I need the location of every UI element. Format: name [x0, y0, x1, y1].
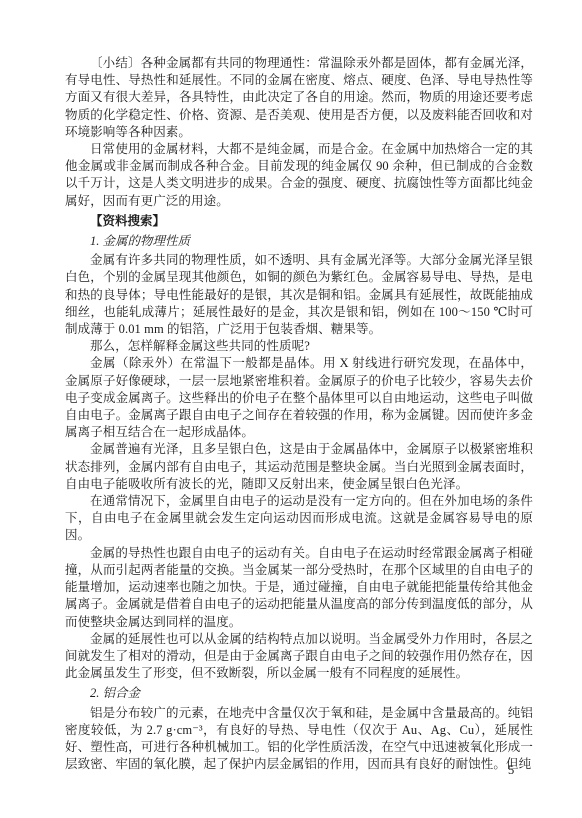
- paragraph: 金属的延展性也可以从金属的结构特点加以说明。当金属受外力作用时，各层之间就发生了…: [65, 631, 533, 683]
- article: 〔小结〕各种金属都有共同的物理通性：常温除汞外都是固体，都有金属光泽，有导电性、…: [65, 55, 533, 773]
- paragraph: 金属的导热性也跟自由电子的运动有关。自由电子在运动时经常跟金属离子相碰撞，从而引…: [65, 545, 533, 631]
- page-number: 5: [508, 763, 514, 777]
- paragraph: 铝是分布较广的元素，在地壳中含量仅次于氧和硅，是金属中含量最高的。纯铝密度较低，…: [65, 705, 533, 774]
- paragraph: 金属普遍有光泽，且多呈银白色，这是由于金属晶体中，金属原子以极紧密堆积状态排列，…: [65, 441, 533, 493]
- sub-heading: 2. 铝合金: [65, 685, 533, 702]
- paragraph: 〔小结〕各种金属都有共同的物理通性：常温除汞外都是固体，都有金属光泽，有导电性、…: [65, 55, 533, 141]
- sub-heading: 1. 金属的物理性质: [65, 233, 533, 250]
- paragraph: 在通常情况下，金属里自由电子的运动是没有一定方向的。但在外加电场的条件下，自由电…: [65, 493, 533, 545]
- paragraph: 日常使用的金属材料，大都不是纯金属，而是合金。在金属中加热熔合一定的其他金属或非…: [65, 141, 533, 210]
- paragraph: 那么，怎样解释金属这些共同的性质呢?: [65, 338, 533, 355]
- paragraph: 金属（除汞外）在常温下一般都是晶体。用 X 射线进行研究发现，在晶体中，金属原子…: [65, 355, 533, 441]
- section-heading: 【资料搜索】: [65, 213, 533, 230]
- paragraph: 金属有许多共同的物理性质，如不透明、具有金属光泽等。大部分金属光泽呈银白色，个别…: [65, 252, 533, 338]
- scanned-book-page: 〔小结〕各种金属都有共同的物理通性：常温除汞外都是固体，都有金属光泽，有导电性、…: [0, 0, 582, 818]
